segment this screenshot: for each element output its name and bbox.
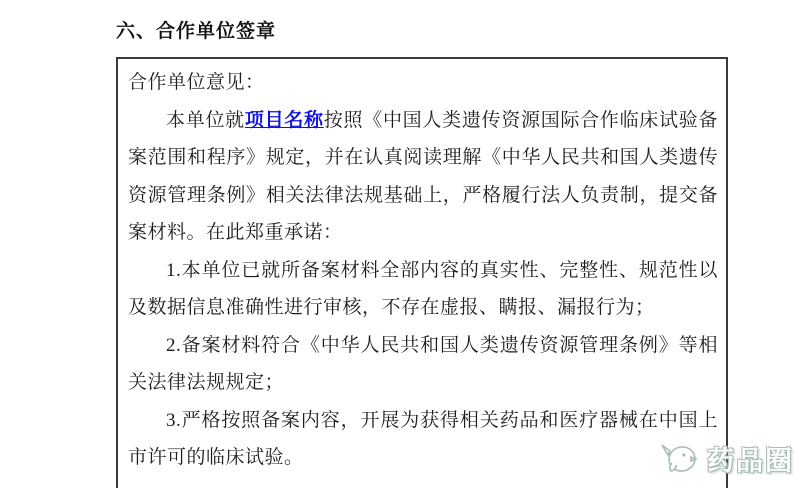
project-name-link[interactable]: 项目名称: [245, 110, 324, 131]
commitment-item-2: 2.备案材料符合《中华人民共和国人类遗传资源管理条例》等相关法律法规规定；: [128, 327, 718, 402]
section-heading: 六、合作单位签章: [116, 16, 276, 43]
commitment-paragraph: 本单位就项目名称按照《中国人类遗传资源国际合作临床试验备案范围和程序》规定，并在…: [128, 102, 718, 252]
watermark: 药品圈: [658, 437, 794, 479]
bird-mascot-icon: [658, 437, 702, 479]
opinion-box: 合作单位意见： 本单位就项目名称按照《中国人类遗传资源国际合作临床试验备案范围和…: [116, 57, 728, 488]
paragraph-text-before: 本单位就: [166, 110, 245, 131]
commitment-item-3: 3.严格按照备案内容，开展为获得相关药品和医疗器械在中国上市许可的临床试验。: [128, 402, 718, 477]
watermark-brand-text: 药品圈: [707, 439, 794, 478]
commitment-item-1: 1.本单位已就所备案材料全部内容的真实性、完整性、规范性以及数据信息准确性进行审…: [128, 252, 718, 327]
opinion-label: 合作单位意见：: [128, 64, 718, 102]
